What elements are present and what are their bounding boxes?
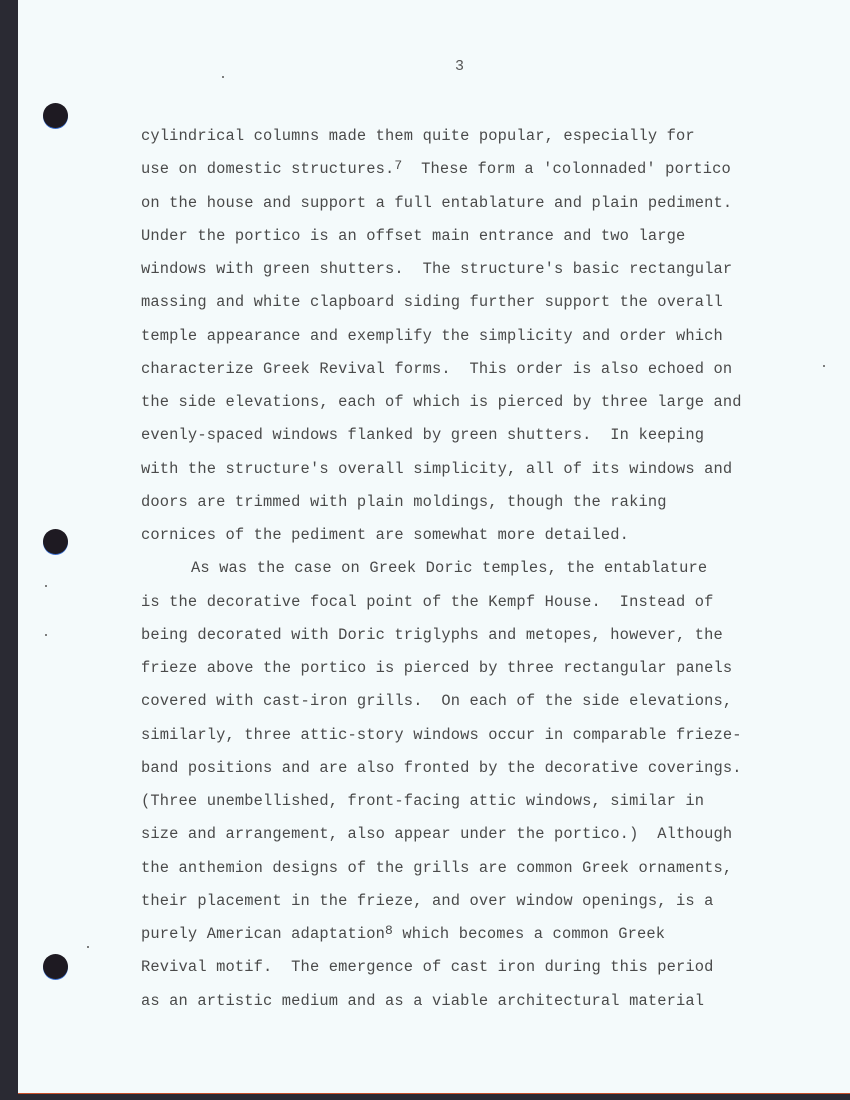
line-text: purely American adaptation xyxy=(141,925,385,943)
binder-hole-top xyxy=(43,103,68,128)
line-text: characterize Greek Revival forms. This o… xyxy=(141,360,732,378)
line-text: band positions and are also fronted by t… xyxy=(141,759,742,777)
line-text: use on domestic structures. xyxy=(141,160,394,178)
text-line: frieze above the portico is pierced by t… xyxy=(141,652,742,685)
line-text: as an artistic medium and as a viable ar… xyxy=(141,992,704,1010)
line-text: their placement in the frieze, and over … xyxy=(141,892,714,910)
line-text: temple appearance and exemplify the simp… xyxy=(141,327,723,345)
line-text: is the decorative focal point of the Kem… xyxy=(141,593,714,611)
text-line: is the decorative focal point of the Kem… xyxy=(141,586,742,619)
text-line: massing and white clapboard siding furth… xyxy=(141,286,742,319)
line-text-continued: These form a 'colonnaded' portico xyxy=(402,160,731,178)
text-line: as an artistic medium and as a viable ar… xyxy=(141,985,742,1018)
text-line: the side elevations, each of which is pi… xyxy=(141,386,742,419)
line-text: size and arrangement, also appear under … xyxy=(141,825,732,843)
line-text: the anthemion designs of the grills are … xyxy=(141,859,732,877)
text-line: on the house and support a full entablat… xyxy=(141,187,742,220)
binder-hole-middle xyxy=(43,529,68,554)
text-line: Under the portico is an offset main entr… xyxy=(141,220,742,253)
scan-speck xyxy=(45,634,47,636)
line-text: evenly-spaced windows flanked by green s… xyxy=(141,426,704,444)
footnote-marker: 7 xyxy=(394,158,402,173)
line-text: the side elevations, each of which is pi… xyxy=(141,393,742,411)
footnote-marker: 8 xyxy=(385,923,393,938)
line-text: (Three unembellished, front-facing attic… xyxy=(141,792,704,810)
text-line: size and arrangement, also appear under … xyxy=(141,818,742,851)
line-text: with the structure's overall simplicity,… xyxy=(141,460,732,478)
line-text: cornices of the pediment are somewhat mo… xyxy=(141,526,629,544)
text-line: covered with cast-iron grills. On each o… xyxy=(141,685,742,718)
text-line: doors are trimmed with plain moldings, t… xyxy=(141,486,742,519)
text-line: the anthemion designs of the grills are … xyxy=(141,852,742,885)
text-line: cornices of the pediment are somewhat mo… xyxy=(141,519,742,552)
text-line: windows with green shutters. The structu… xyxy=(141,253,742,286)
text-line: being decorated with Doric triglyphs and… xyxy=(141,619,742,652)
scan-speck xyxy=(87,946,89,948)
line-text: frieze above the portico is pierced by t… xyxy=(141,659,732,677)
scan-speck xyxy=(222,76,224,78)
line-text: windows with green shutters. The structu… xyxy=(141,260,732,278)
text-line: band positions and are also fronted by t… xyxy=(141,752,742,785)
text-line: temple appearance and exemplify the simp… xyxy=(141,320,742,353)
scan-speck xyxy=(45,585,47,587)
text-line: As was the case on Greek Doric temples, … xyxy=(141,552,742,585)
text-line: characterize Greek Revival forms. This o… xyxy=(141,353,742,386)
text-line: similarly, three attic-story windows occ… xyxy=(141,719,742,752)
text-line: (Three unembellished, front-facing attic… xyxy=(141,785,742,818)
line-text: Under the portico is an offset main entr… xyxy=(141,227,685,245)
line-text: similarly, three attic-story windows occ… xyxy=(141,726,742,744)
text-line: purely American adaptation8 which become… xyxy=(141,918,742,951)
text-line: their placement in the frieze, and over … xyxy=(141,885,742,918)
scanned-document: 3 cylindrical columns made them quite po… xyxy=(0,0,850,1100)
line-text: As was the case on Greek Doric temples, … xyxy=(191,559,707,577)
text-line: with the structure's overall simplicity,… xyxy=(141,453,742,486)
text-line: use on domestic structures.7 These form … xyxy=(141,153,742,186)
text-line: Revival motif. The emergence of cast iro… xyxy=(141,951,742,984)
scan-speck xyxy=(823,365,825,367)
body-text: cylindrical columns made them quite popu… xyxy=(141,120,742,1018)
line-text: doors are trimmed with plain moldings, t… xyxy=(141,493,667,511)
text-line: evenly-spaced windows flanked by green s… xyxy=(141,419,742,452)
line-text-continued: which becomes a common Greek xyxy=(393,925,665,943)
line-text: cylindrical columns made them quite popu… xyxy=(141,127,695,145)
binder-hole-bottom xyxy=(43,954,68,979)
page-number: 3 xyxy=(455,58,464,75)
line-text: being decorated with Doric triglyphs and… xyxy=(141,626,723,644)
text-line: cylindrical columns made them quite popu… xyxy=(141,120,742,153)
line-text: covered with cast-iron grills. On each o… xyxy=(141,692,732,710)
line-text: on the house and support a full entablat… xyxy=(141,194,732,212)
line-text: massing and white clapboard siding furth… xyxy=(141,293,723,311)
line-text: Revival motif. The emergence of cast iro… xyxy=(141,958,714,976)
